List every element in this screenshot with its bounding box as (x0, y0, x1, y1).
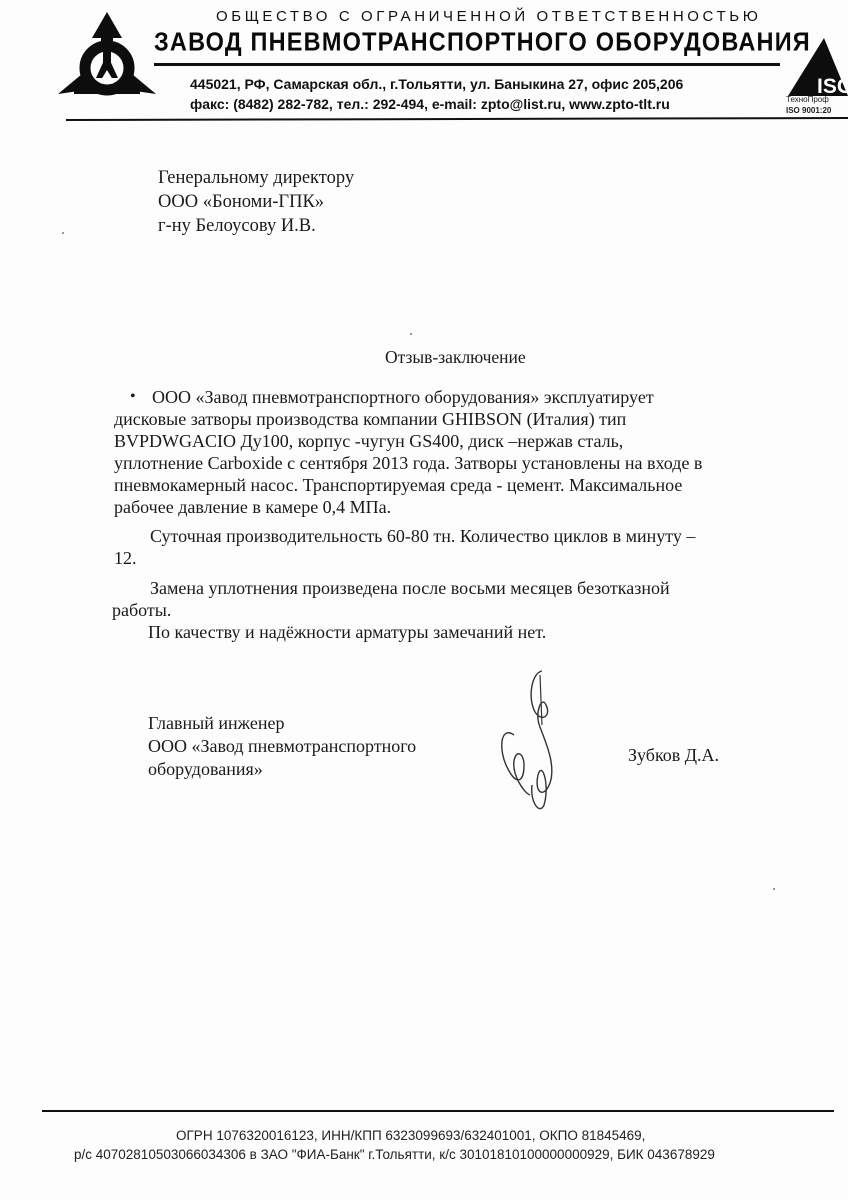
contact-block: 445021, РФ, Самарская обл., г.Тольятти, … (190, 74, 683, 114)
signatory-name: Зубков Д.А. (628, 745, 719, 766)
footer-registration-line: ОГРН 1076320016123, ИНН/КПП 6323099693/6… (176, 1128, 645, 1143)
scan-speck (62, 232, 64, 234)
iso-certifier: ТехноПроф (786, 95, 829, 104)
addressee-name: г-ну Белоусову И.В. (158, 214, 354, 238)
scan-speck (773, 888, 775, 890)
address-line: 445021, РФ, Самарская обл., г.Тольятти, … (190, 74, 683, 94)
document-title: Отзыв-заключение (385, 347, 526, 368)
body-line: работы. (112, 600, 171, 622)
body-line: рабочее давление в камере 0,4 МПа. (114, 497, 391, 519)
footer-divider (42, 1110, 834, 1112)
signatory-position-block: Главный инженер ООО «Завод пневмотранспо… (148, 712, 416, 781)
handwritten-signature-icon (494, 665, 574, 815)
bullet-mark: • (130, 388, 136, 406)
iso-standard: ISO 9001:20 (786, 106, 831, 115)
company-logo-icon (56, 10, 158, 102)
body-line: Замена уплотнения произведена после вось… (150, 578, 670, 600)
footer-bank-line: р/с 40702810503066034306 в ЗАО "ФИА-Банк… (74, 1147, 715, 1162)
body-line: уплотнение Carboxide с сентября 2013 год… (114, 453, 702, 475)
body-line: пневмокамерный насос. Транспортируемая с… (114, 475, 682, 497)
body-line: ООО «Завод пневмотранспортного оборудова… (152, 387, 654, 409)
body-line: 12. (114, 548, 137, 570)
org-type-heading: ОБЩЕСТВО С ОГРАНИЧЕННОЙ ОТВЕТСТВЕННОСТЬЮ (216, 8, 761, 25)
signatory-company: ООО «Завод пневмотранспортного (148, 735, 416, 758)
contact-line: факс: (8482) 282-782, тел.: 292-494, e-m… (190, 94, 683, 114)
body-line: дисковые затворы производства компании G… (114, 409, 626, 431)
company-name-heading: ЗАВОД ПНЕВМОТРАНСПОРТНОГО ОБОРУДОВАНИЯ (154, 27, 811, 57)
addressee-position: Генеральному директору (158, 166, 354, 190)
addressee-block: Генеральному директору ООО «Бономи-ГПК» … (158, 166, 354, 238)
signatory-company-cont: оборудования» (148, 758, 416, 781)
letterhead-bottom-rule (66, 117, 848, 121)
body-line: Суточная производительность 60-80 тн. Ко… (150, 526, 695, 548)
addressee-company: ООО «Бономи-ГПК» (158, 190, 354, 214)
body-line: По качеству и надёжности арматуры замеча… (148, 622, 546, 644)
scan-speck (410, 333, 412, 335)
body-line: BVPDWGACIO Ду100, корпус -чугун GS400, д… (114, 431, 623, 453)
header-divider (154, 63, 780, 66)
signatory-title: Главный инженер (148, 712, 416, 735)
